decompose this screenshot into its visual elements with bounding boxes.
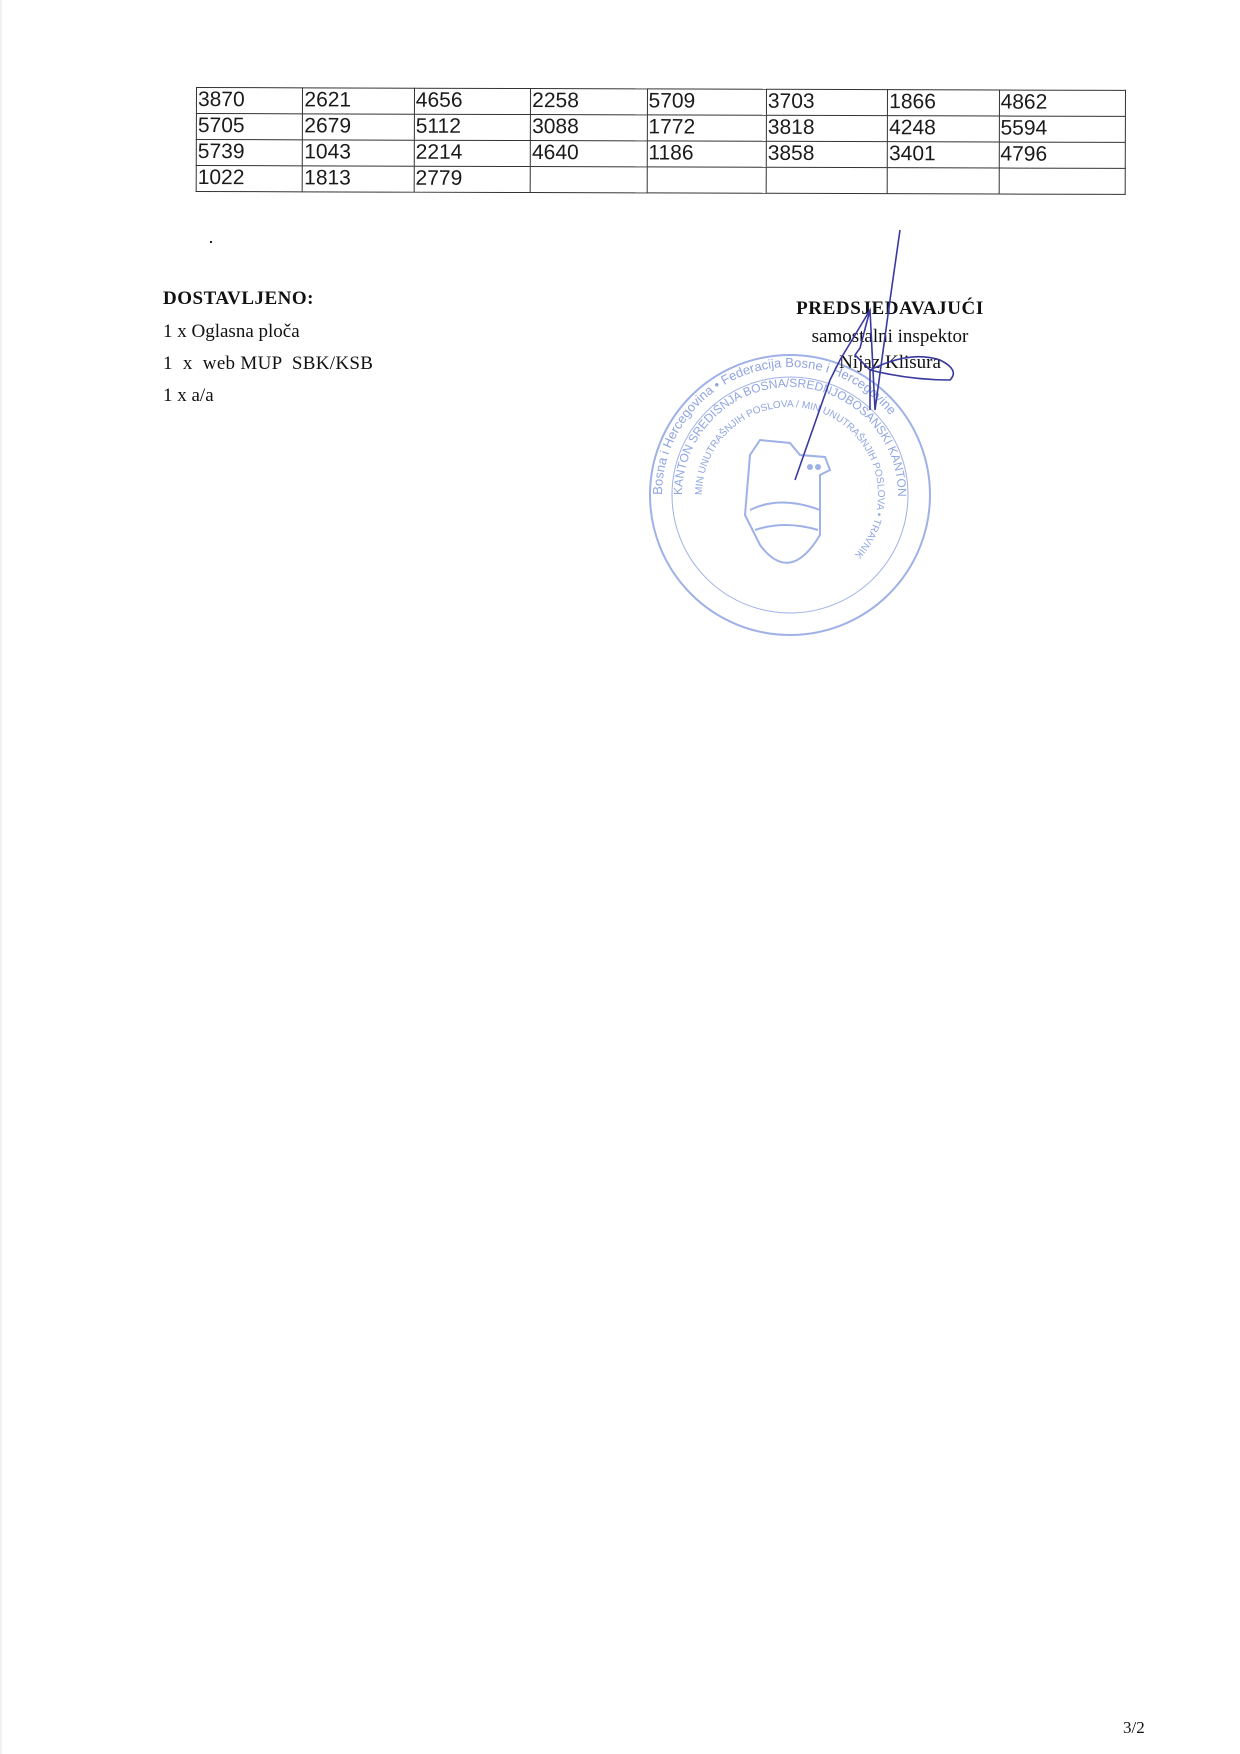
table-cell: 2258 (531, 89, 647, 115)
table-cell (766, 167, 887, 193)
table-cell: 5739 (196, 140, 303, 166)
table-row: 38702621465622585709370318664862 (196, 88, 1125, 117)
table-cell: 3870 (196, 88, 303, 114)
table-cell: 2679 (303, 114, 414, 140)
table-cell: 2214 (414, 140, 530, 166)
page-number: 3/2 (1123, 1718, 1145, 1738)
table-row: 57391043221446401186385834014796 (196, 140, 1125, 169)
table-cell: 5594 (999, 116, 1125, 142)
table-cell: 4796 (999, 142, 1125, 168)
stray-dot (210, 241, 212, 243)
table-cell: 4862 (999, 90, 1125, 116)
table-cell: 5705 (196, 114, 303, 140)
table-cell: 4656 (414, 88, 530, 114)
delivered-title: DOSTAVLJENO: (163, 288, 373, 310)
page-edge (0, 0, 1240, 1754)
table-cell: 4640 (530, 141, 646, 167)
table-cell (647, 167, 766, 193)
table-cell: 3818 (766, 115, 887, 141)
table-cell: 1813 (303, 166, 414, 192)
delivered-item: 1 x Oglasna ploča (163, 316, 373, 348)
table-cell (887, 168, 998, 194)
table-cell (530, 167, 646, 193)
table-cell: 2779 (414, 166, 530, 192)
delivered-block: DOSTAVLJENO: 1 x Oglasna ploča 1 x web M… (163, 288, 373, 412)
table-cell: 3703 (766, 89, 887, 115)
table-cell: 2621 (303, 88, 414, 114)
table-row: 57052679511230881772381842485594 (196, 114, 1125, 143)
table-cell: 1022 (196, 166, 303, 192)
table-cell: 3401 (887, 142, 998, 168)
table-cell: 5709 (647, 89, 766, 115)
handwritten-signature-icon (760, 230, 960, 490)
table-cell: 1866 (888, 90, 999, 116)
table-cell (999, 168, 1125, 194)
table-cell: 3858 (766, 141, 887, 167)
table-cell: 5112 (414, 114, 530, 140)
number-table: 3870262146562258570937031866486257052679… (196, 87, 1126, 195)
table-cell: 1043 (303, 140, 414, 166)
delivered-item: 1 x a/a (163, 380, 373, 412)
table-cell: 3088 (531, 115, 647, 141)
delivered-item: 1 x web MUP SBK/KSB (163, 348, 373, 380)
table-cell: 1772 (647, 115, 766, 141)
table-cell: 1186 (647, 141, 766, 167)
table-row: 102218132779 (196, 166, 1125, 195)
table-cell: 4248 (888, 116, 999, 142)
